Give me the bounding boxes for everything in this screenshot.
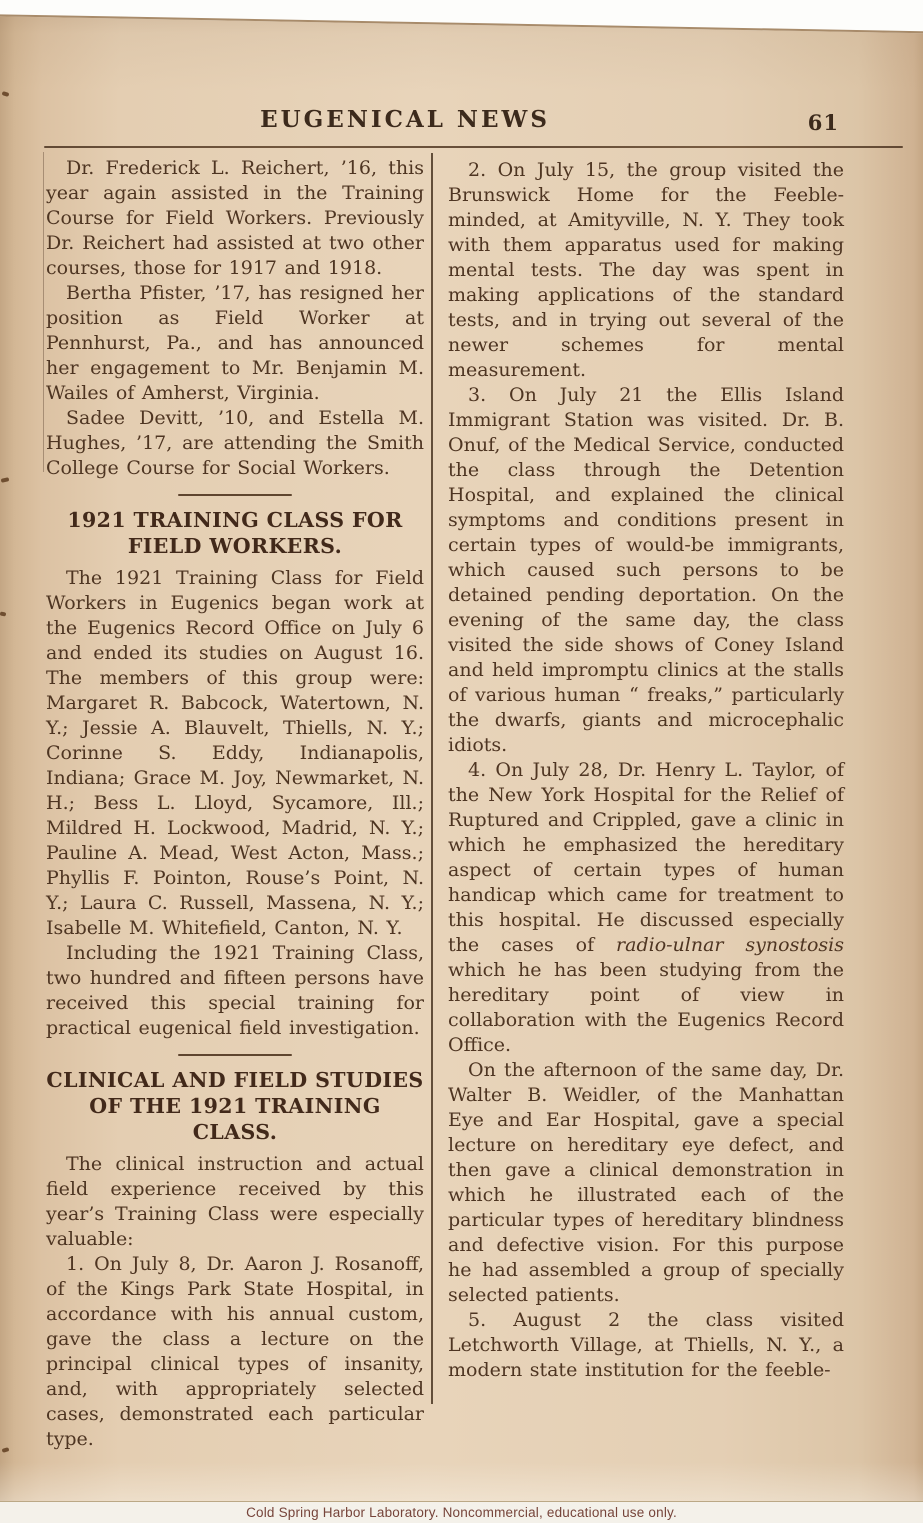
header-rule xyxy=(44,146,903,148)
para-item-1: 1. On July 8, Dr. Aaron J. Rosanoff, of … xyxy=(46,1252,424,1452)
heading-training-class: 1921 TRAINING CLASS FOR FIELD WORKERS. xyxy=(46,507,424,559)
scanned-page: EUGENICAL NEWS 61 Dr. Frederick L. Reich… xyxy=(0,0,923,1523)
footer-attribution: Cold Spring Harbor Laboratory. Noncommer… xyxy=(246,1505,677,1520)
page-number: 61 xyxy=(808,110,839,135)
page-crease-line xyxy=(43,152,44,472)
section-divider-rule xyxy=(178,1054,292,1056)
para-item-5: 5. August 2 the class visited Letchworth… xyxy=(448,1308,844,1383)
para-reichert: Dr. Frederick L. Reichert, ’16, this yea… xyxy=(46,156,424,281)
para-weidler: On the afternoon of the same day, Dr. Wa… xyxy=(448,1058,844,1308)
stitch-mark xyxy=(2,91,10,97)
para-item-3: 3. On July 21 the Ellis Island Immigrant… xyxy=(448,383,844,758)
para-pfister: Bertha Pfister, ’17, has resigned her po… xyxy=(46,281,424,406)
stitch-mark xyxy=(1,477,10,483)
column-divider-rule xyxy=(431,153,433,1404)
para-item-4-after: which he has been studying from the here… xyxy=(448,959,844,1056)
section-divider-rule xyxy=(178,494,292,496)
para-devitt: Sadee Devitt, ’10, and Estella M. Hughes… xyxy=(46,406,424,481)
heading-clinical-studies: CLINICAL AND FIELD STUDIES OF THE 1921 T… xyxy=(46,1067,424,1145)
para-item-2: 2. On July 15, the group visited the Bru… xyxy=(448,158,844,383)
para-training-class: The 1921 Training Class for Field Worker… xyxy=(46,566,424,941)
para-including: Including the 1921 Training Class, two h… xyxy=(46,941,424,1041)
para-item-4-italic-term: radio-ulnar synostosis xyxy=(616,934,844,956)
left-column: Dr. Frederick L. Reichert, ’16, this yea… xyxy=(46,156,424,1452)
stitch-mark xyxy=(2,1447,10,1453)
stitch-mark xyxy=(0,612,6,617)
journal-title: EUGENICAL NEWS xyxy=(45,106,765,133)
right-column: 2. On July 15, the group visited the Bru… xyxy=(448,158,844,1383)
page-top-edge xyxy=(0,0,923,34)
para-item-4: 4. On July 28, Dr. Henry L. Taylor, of t… xyxy=(448,758,844,1058)
para-item-4-before: 4. On July 28, Dr. Henry L. Taylor, of t… xyxy=(448,759,844,956)
footer-bar: Cold Spring Harbor Laboratory. Noncommer… xyxy=(0,1501,923,1523)
para-clinical-intro: The clinical instruction and actual fiel… xyxy=(46,1152,424,1252)
